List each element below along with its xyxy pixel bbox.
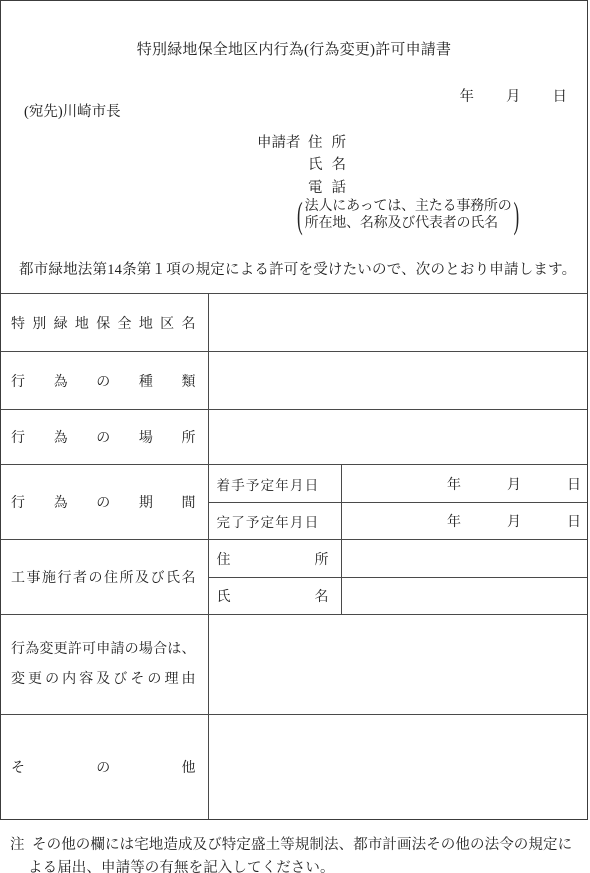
- other-input-area: [208, 715, 587, 820]
- page-title: 特別緑地保全地区内行為(行為変更)許可申請書: [1, 38, 587, 59]
- year-label: 年: [460, 85, 475, 106]
- month-label: 月: [506, 85, 521, 106]
- contractor-address-input-area: [341, 540, 587, 578]
- year-label: 年: [447, 511, 461, 531]
- contractor-label: 工事施行者の住所及び氏名: [1, 540, 208, 615]
- corporate-note-line1: 法人にあっては、主たる事務所の: [305, 198, 512, 215]
- row-activity-type: 行為の種類: [1, 352, 587, 410]
- month-label: 月: [507, 474, 521, 494]
- application-table: 特別緑地保全地区名 行為の種類 行為の場所 行為の期間 着手予定年月日 年 月 …: [1, 293, 587, 820]
- applicant-phone-label: 電話: [308, 176, 346, 197]
- close-bracket: ): [514, 197, 520, 234]
- footnote-line1: その他の欄には宅地造成及び特定盛土等規制法、都市計画法その他の法令の規定に: [32, 833, 572, 854]
- applicant-address-label: 住所: [308, 131, 346, 152]
- activity-type-input-area: [208, 352, 587, 410]
- other-label: その他: [1, 715, 208, 820]
- row-other: その他: [1, 715, 587, 820]
- contractor-address-label: 住所: [208, 540, 341, 578]
- row-contractor-address: 工事施行者の住所及び氏名 住所: [1, 540, 587, 578]
- row-activity-place: 行為の場所: [1, 410, 587, 465]
- row-district-name: 特別緑地保全地区名: [1, 294, 587, 352]
- start-date-input-area: 年 月 日: [341, 465, 587, 503]
- contractor-name-input-area: [341, 578, 587, 615]
- change-details-input-area: [208, 615, 587, 715]
- footnote-prefix: 注: [10, 833, 25, 854]
- activity-period-label: 行為の期間: [1, 465, 208, 540]
- day-label: 日: [553, 85, 568, 106]
- change-details-label-line2: 変更の内容及びその理由: [11, 665, 196, 695]
- corporate-note: ( 法人にあっては、主たる事務所の 所在地、名称及び代表者の氏名 ): [297, 198, 519, 232]
- applicant-block: 申請者 住所 氏名 電話: [257, 130, 346, 198]
- form-page: 特別緑地保全地区内行為(行為変更)許可申請書 年 月 日 (宛先)川崎市長 申請…: [0, 0, 590, 873]
- day-label: 日: [567, 474, 581, 494]
- month-label: 月: [507, 511, 521, 531]
- form-frame: 特別緑地保全地区内行為(行為変更)許可申請書 年 月 日 (宛先)川崎市長 申請…: [0, 0, 588, 820]
- row-change-details: 行為変更許可申請の場合は、 変更の内容及びその理由: [1, 615, 587, 715]
- corporate-note-line2: 所在地、名称及び代表者の氏名: [305, 215, 512, 232]
- day-label: 日: [567, 511, 581, 531]
- end-date-input-area: 年 月 日: [341, 503, 587, 540]
- activity-place-label: 行為の場所: [1, 410, 208, 465]
- corporate-note-text: 法人にあっては、主たる事務所の 所在地、名称及び代表者の氏名: [305, 198, 512, 232]
- applicant-label: 申請者: [257, 131, 301, 152]
- applicant-address-row: 申請者 住所: [257, 130, 346, 153]
- footnote-line2: よる届出、申請等の有無を記入してください。: [28, 856, 335, 873]
- activity-type-label: 行為の種類: [1, 352, 208, 410]
- activity-place-input-area: [208, 410, 587, 465]
- year-label: 年: [447, 474, 461, 494]
- footnote: 注 その他の欄には宅地造成及び特定盛土等規制法、都市計画法その他の法令の規定に …: [0, 833, 590, 873]
- end-date-placeholder: 年 月 日: [342, 511, 588, 531]
- open-bracket: (: [297, 197, 303, 234]
- applicant-name-label: 氏名: [308, 153, 346, 174]
- addressee: (宛先)川崎市長: [24, 100, 121, 121]
- intro-sentence: 都市緑地法第14条第１項の規定による許可を受けたいので、次のとおり申請します。: [19, 258, 576, 279]
- end-date-label: 完了予定年月日: [208, 503, 341, 540]
- start-date-label: 着手予定年月日: [208, 465, 341, 503]
- row-activity-period-start: 行為の期間 着手予定年月日 年 月 日: [1, 465, 587, 503]
- change-details-label-line1: 行為変更許可申請の場合は、: [11, 635, 196, 665]
- district-name-input-area: [208, 294, 587, 352]
- contractor-name-label: 氏名: [208, 578, 341, 615]
- applicant-name-row: 氏名: [257, 153, 346, 176]
- change-details-label: 行為変更許可申請の場合は、 変更の内容及びその理由: [1, 615, 208, 715]
- district-name-label: 特別緑地保全地区名: [1, 294, 208, 352]
- start-date-placeholder: 年 月 日: [342, 474, 588, 494]
